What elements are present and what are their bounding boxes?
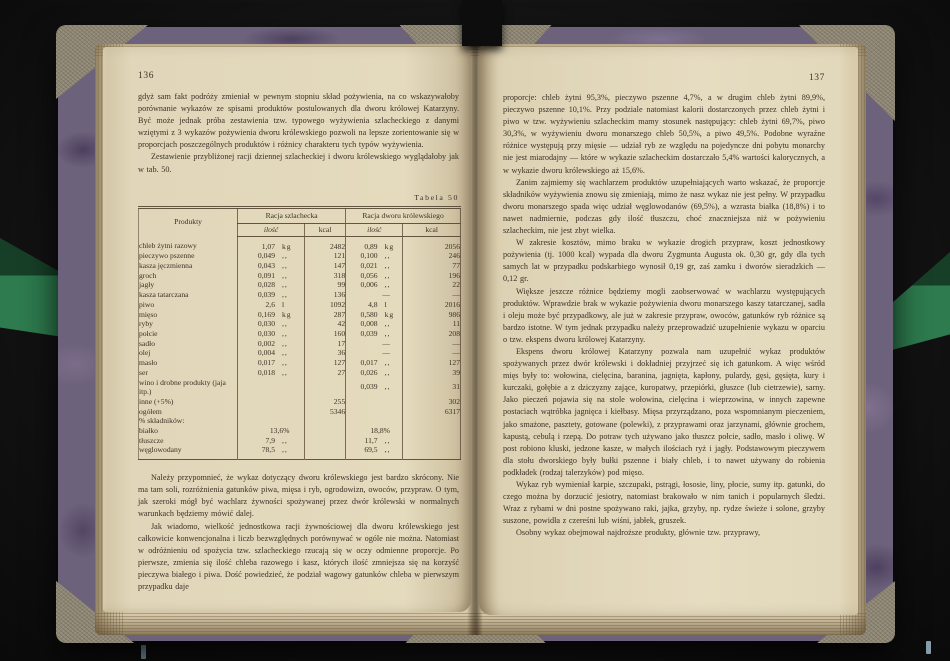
- table-row: jagły0,028,,990,006,,22: [139, 280, 461, 290]
- photo-backdrop: 136 gdyż sam fakt podróży zmieniał w pew…: [0, 0, 950, 661]
- table-cell-quantity: [238, 407, 305, 417]
- table-cell-quantity: —: [346, 348, 403, 358]
- table-cell-kcal: 986: [403, 310, 461, 320]
- paragraph: Należy przypomnieć, że wykaz dotyczący d…: [138, 472, 459, 520]
- table-cell-product: mięso: [139, 310, 238, 320]
- table-row: kasza tatarczana0,039,,136——: [139, 290, 461, 300]
- table-cell-quantity: 2,6l: [238, 300, 305, 310]
- table-row: sadło0,002,,17——: [139, 339, 461, 349]
- table-cell-quantity: [238, 378, 305, 397]
- table-row: pieczywo pszenne0,049,,1210,100,,246: [139, 251, 461, 261]
- table-row: piwo2,6l10924,8l2016: [139, 300, 461, 310]
- table-cell-kcal: 160: [305, 329, 346, 339]
- table-cell-kcal: 255: [305, 397, 346, 407]
- table-subheader-kcal-2: kcal: [403, 223, 461, 236]
- table-header-group2: Racja dworu królewskiego: [346, 207, 461, 223]
- spine-top-shadow: [462, 0, 502, 46]
- table-row: ser0,018,,270,026,,39: [139, 368, 461, 378]
- page-number: 136: [138, 71, 459, 81]
- table-cell-kcal: 22: [403, 280, 461, 290]
- table-row: chleb żytni razowy1,07kg24820,89kg2056: [139, 236, 461, 251]
- table-cell-quantity: 7,9,,: [238, 436, 305, 446]
- table-cell-kcal: 196: [403, 271, 461, 281]
- table-cell-product: tłuszcze: [139, 436, 238, 446]
- table-cell-product: ogółem: [139, 407, 238, 417]
- table-row: inne (+5%)255302: [139, 397, 461, 407]
- table-cell-quantity: 0,100,,: [346, 251, 403, 261]
- book: 136 gdyż sam fakt podróży zmieniał w pew…: [58, 27, 893, 641]
- table-cell-product: białko: [139, 426, 238, 436]
- table-cell-kcal: [305, 445, 346, 459]
- table-cell-kcal: [305, 416, 346, 426]
- table-cell-kcal: 121: [305, 251, 346, 261]
- table-cell-quantity: —: [346, 339, 403, 349]
- table-cell-quantity: 1,07kg: [238, 236, 305, 251]
- table-row: połcie0,030,,1600,039,,208: [139, 329, 461, 339]
- table-row: kasza jęczmienna0,043,,1470,021,,77: [139, 261, 461, 271]
- paragraph: Zestawienie przybliżonej racji dziennej …: [138, 151, 459, 175]
- paragraph: Wykaz ryb wymieniał karpie, szczupaki, p…: [503, 479, 825, 527]
- table-cell-product: inne (+5%): [139, 397, 238, 407]
- table-subheader-qty-1: ilość: [238, 223, 305, 236]
- table-row: mięso0,169kg2870,580kg986: [139, 310, 461, 320]
- table-row: masło0,017,,1270,017,,127: [139, 358, 461, 368]
- paragraph: Ekspens dworu królowej Katarzyny pozwala…: [503, 346, 825, 479]
- table-cell-kcal: 287: [305, 310, 346, 320]
- table-cell-kcal: 6317: [403, 407, 461, 417]
- table-cell-quantity: 0,008,,: [346, 319, 403, 329]
- table-header-group1: Racja szlachecka: [238, 207, 346, 223]
- table-cell-quantity: 0,169kg: [238, 310, 305, 320]
- paragraph: gdyż sam fakt podróży zmieniał w pewnym …: [138, 91, 459, 151]
- table-row: białko13,6%18,8%: [139, 426, 461, 436]
- table-cell-kcal: 208: [403, 329, 461, 339]
- table-cell-kcal: [403, 445, 461, 459]
- table-cell-product: kasza jęczmienna: [139, 261, 238, 271]
- table-header-products: Produkty: [139, 207, 238, 236]
- table-cell-kcal: 2056: [403, 236, 461, 251]
- paragraph: W zakresie kosztów, mimo braku w wykazie…: [503, 237, 825, 285]
- paragraph: Zanim zajmiemy się wachlarzem produktów …: [503, 177, 825, 237]
- paragraph: Jak wiadomo, wielkość jednostkowa racji …: [138, 521, 459, 594]
- background-blue-mark-left: [141, 645, 146, 659]
- table-cell-quantity: 0,004,,: [238, 348, 305, 358]
- table-cell-quantity: 0,026,,: [346, 368, 403, 378]
- table-row: % składników:: [139, 416, 461, 426]
- table-row: tłuszcze7,9,,11,7,,: [139, 436, 461, 446]
- table-cell-kcal: 27: [305, 368, 346, 378]
- table-cell-quantity: 0,006,,: [346, 280, 403, 290]
- table-cell-kcal: 36: [305, 348, 346, 358]
- page-number: 137: [503, 73, 825, 83]
- table-row: ryby0,030,,420,008,,11: [139, 319, 461, 329]
- left-paragraphs-top: gdyż sam fakt podróży zmieniał w pewnym …: [138, 91, 459, 176]
- table-cell-quantity: 0,039,,: [238, 290, 305, 300]
- table-cell-quantity: 0,030,,: [238, 329, 305, 339]
- table-cell-product: węglowodany: [139, 445, 238, 459]
- table-cell-product: jagły: [139, 280, 238, 290]
- table-cell-product: ryby: [139, 319, 238, 329]
- table-cell-product: masło: [139, 358, 238, 368]
- table-cell-kcal: 2016: [403, 300, 461, 310]
- table-cell-quantity: 0,039,,: [346, 329, 403, 339]
- table-cell-kcal: 127: [305, 358, 346, 368]
- table-cell-kcal: [403, 426, 461, 436]
- table-cell-kcal: 136: [305, 290, 346, 300]
- table-cell-product: chleb żytni razowy: [139, 236, 238, 251]
- table-cell-quantity: 0,091,,: [238, 271, 305, 281]
- table-row: wino i drobne produkty (jaja itp.)0,039,…: [139, 378, 461, 397]
- table-cell-kcal: 17: [305, 339, 346, 349]
- table-cell-kcal: [403, 436, 461, 446]
- background-blue-mark-right: [926, 641, 931, 654]
- table-cell-quantity: 11,7,,: [346, 436, 403, 446]
- table-cell-quantity: [346, 416, 403, 426]
- table-cell-kcal: 31: [403, 378, 461, 397]
- page-137: 137 proporcje: chleb żytni 95,3%, pieczy…: [479, 47, 858, 615]
- paragraph: proporcje: chleb żytni 95,3%, pieczywo p…: [503, 92, 825, 177]
- table-cell-product: % składników:: [139, 416, 238, 426]
- table-caption: Tabela 50: [138, 193, 459, 202]
- table-cell-kcal: 99: [305, 280, 346, 290]
- table-cell-product: piwo: [139, 300, 238, 310]
- table-cell-quantity: 0,021,,: [346, 261, 403, 271]
- table-cell-product: groch: [139, 271, 238, 281]
- table-cell-quantity: 78,5,,: [238, 445, 305, 459]
- table-subheader-kcal-1: kcal: [305, 223, 346, 236]
- table-cell-quantity: [346, 407, 403, 417]
- table-cell-quantity: 0,049,,: [238, 251, 305, 261]
- table-cell-kcal: —: [403, 339, 461, 349]
- table-cell-quantity: 0,028,,: [238, 280, 305, 290]
- table-cell-quantity: 69,5,,: [346, 445, 403, 459]
- table-cell-quantity: 18,8%: [346, 426, 403, 436]
- table-cell-product: sadło: [139, 339, 238, 349]
- table-cell-quantity: 0,017,,: [238, 358, 305, 368]
- table-cell-quantity: —: [346, 290, 403, 300]
- table-row: olej0,004,,36——: [139, 348, 461, 358]
- text-column-right: 137 proporcje: chleb żytni 95,3%, pieczy…: [503, 73, 825, 539]
- nutrition-table: Produkty Racja szlachecka Racja dworu kr…: [138, 206, 461, 460]
- table-cell-quantity: [238, 397, 305, 407]
- table-cell-kcal: 5346: [305, 407, 346, 417]
- table-cell-product: połcie: [139, 329, 238, 339]
- table-cell-kcal: [305, 426, 346, 436]
- paragraph: Większe jeszcze różnice będziemy mogli z…: [503, 286, 825, 346]
- table-cell-quantity: 0,056,,: [346, 271, 403, 281]
- background-green-stripe-right: [892, 252, 950, 350]
- table-cell-quantity: 0,030,,: [238, 319, 305, 329]
- table-row: ogółem53466317: [139, 407, 461, 417]
- table-cell-quantity: 0,043,,: [238, 261, 305, 271]
- left-paragraphs-bottom: Należy przypomnieć, że wykaz dotyczący d…: [138, 472, 459, 593]
- table-cell-kcal: 246: [403, 251, 461, 261]
- table-cell-quantity: 0,018,,: [238, 368, 305, 378]
- table-cell-product: pieczywo pszenne: [139, 251, 238, 261]
- table-cell-product: kasza tatarczana: [139, 290, 238, 300]
- page-136: 136 gdyż sam fakt podróży zmieniał w pew…: [103, 47, 471, 612]
- right-paragraphs: proporcje: chleb żytni 95,3%, pieczywo p…: [503, 92, 825, 539]
- table-cell-kcal: 42: [305, 319, 346, 329]
- table-cell-quantity: 0,017,,: [346, 358, 403, 368]
- table-cell-kcal: 127: [403, 358, 461, 368]
- table-subheader-qty-2: ilość: [346, 223, 403, 236]
- text-column-left: 136 gdyż sam fakt podróży zmieniał w pew…: [138, 71, 459, 593]
- paragraph: Osobny wykaz obejmował najdroższe produk…: [503, 527, 825, 539]
- table-cell-quantity: 0,039,,: [346, 378, 403, 397]
- table-cell-kcal: 302: [403, 397, 461, 407]
- table-cell-quantity: 0,580kg: [346, 310, 403, 320]
- table-cell-kcal: —: [403, 290, 461, 300]
- table-cell-kcal: 39: [403, 368, 461, 378]
- table-cell-kcal: [403, 416, 461, 426]
- table-cell-kcal: 1092: [305, 300, 346, 310]
- table-cell-kcal: 2482: [305, 236, 346, 251]
- table-cell-product: olej: [139, 348, 238, 358]
- table-cell-product: ser: [139, 368, 238, 378]
- table-cell-quantity: 0,002,,: [238, 339, 305, 349]
- table-cell-kcal: 11: [403, 319, 461, 329]
- table-cell-kcal: 318: [305, 271, 346, 281]
- table-cell-quantity: [346, 397, 403, 407]
- table-cell-quantity: 4,8l: [346, 300, 403, 310]
- table-cell-kcal: 147: [305, 261, 346, 271]
- table-cell-kcal: [305, 436, 346, 446]
- table-row: węglowodany78,5,,69,5,,: [139, 445, 461, 459]
- page-stack: 136 gdyż sam fakt podróży zmieniał w pew…: [95, 44, 866, 635]
- table-row: groch0,091,,3180,056,,196: [139, 271, 461, 281]
- table-cell-kcal: 77: [403, 261, 461, 271]
- table-cell-quantity: 13,6%: [238, 426, 305, 436]
- table-cell-quantity: [238, 416, 305, 426]
- table-cell-kcal: —: [403, 348, 461, 358]
- table-cell-kcal: [305, 378, 346, 397]
- table-cell-quantity: 0,89kg: [346, 236, 403, 251]
- table-cell-product: wino i drobne produkty (jaja itp.): [139, 378, 238, 397]
